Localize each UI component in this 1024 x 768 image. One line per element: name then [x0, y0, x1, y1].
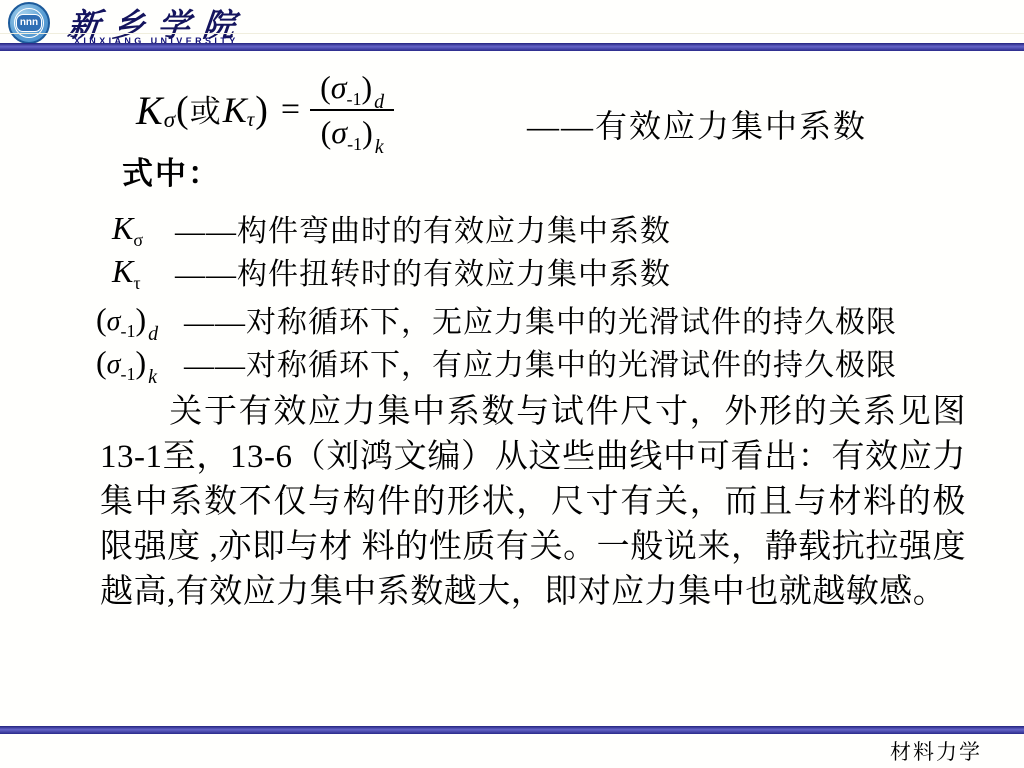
formula-K-subscript: σ — [164, 107, 175, 133]
def-main-symbol: K — [112, 253, 133, 289]
definition-symbol: Kτ — [112, 253, 175, 290]
def-inner-subscript: -1 — [120, 364, 135, 384]
def-main-symbol: σ — [107, 306, 121, 337]
definition-row: (σ-1)k ——对称循环下，有应力集中的光滑试件的持久极限 — [96, 340, 897, 384]
definition-symbol: (σ-1)d — [96, 301, 184, 338]
footer-divider-bar — [0, 726, 1024, 734]
formula-fraction: (σ-1)d (σ-1)k — [310, 69, 394, 151]
seal-core-glyph: nnn — [16, 14, 42, 32]
where-label: 式中： — [122, 148, 221, 193]
definition-text: ——对称循环下，无应力集中的光滑试件的持久极限 — [184, 297, 897, 341]
numerator-outer-subscript: d — [374, 91, 384, 113]
def-inner-subscript: τ — [133, 273, 140, 293]
def-open-paren: ( — [96, 301, 107, 337]
definition-text: ——对称循环下，有应力集中的光滑试件的持久极限 — [184, 340, 897, 384]
def-main-symbol: σ — [107, 349, 121, 380]
def-outer-subscript: k — [148, 366, 157, 388]
numerator-sigma: σ — [331, 69, 347, 105]
def-inner-subscript: σ — [133, 230, 143, 250]
def-open-paren: ( — [96, 344, 107, 380]
fraction-numerator: (σ-1)d — [310, 69, 394, 111]
definition-row: (σ-1)d ——对称循环下，无应力集中的光滑试件的持久极限 — [96, 297, 897, 341]
denominator-close-paren: ) — [362, 114, 373, 150]
formula-equals-sign: = — [281, 91, 300, 129]
numerator-inner-subscript: -1 — [347, 89, 362, 109]
definition-text: ——构件扭转时的有效应力集中系数 — [175, 249, 671, 293]
fraction-denominator: (σ-1)k — [311, 111, 394, 151]
formula-open-paren: ( — [176, 88, 189, 132]
denominator-open-paren: ( — [321, 114, 332, 150]
body-paragraph: 关于有效应力集中系数与试件尺寸，外形的关系见图13-1至，13-6（刘鸿文编）从… — [100, 390, 966, 615]
formula-or-word: 或 — [190, 86, 221, 131]
main-formula: Kσ(或Kτ)= (σ-1)d (σ-1)k — [136, 58, 394, 162]
slide: nnn 新乡学院 XINXIANG UNIVERSITY Kσ(或Kτ)= (σ… — [0, 0, 1024, 768]
def-inner-subscript: -1 — [120, 321, 135, 341]
definition-symbol: (σ-1)k — [96, 344, 184, 381]
formula-description: ——有效应力集中系数 — [527, 101, 867, 147]
numerator-close-paren: ) — [362, 69, 373, 105]
definition-text: ——构件弯曲时的有效应力集中系数 — [175, 206, 671, 250]
formula-K: K — [136, 87, 163, 134]
denominator-inner-subscript: -1 — [347, 134, 362, 154]
def-close-paren: ) — [135, 344, 146, 380]
definition-row: Kσ ——构件弯曲时的有效应力集中系数 — [112, 206, 671, 250]
header-divider-bar — [0, 43, 1024, 51]
course-title: 材料力学 — [890, 736, 982, 766]
university-seal-icon: nnn — [8, 2, 50, 44]
numerator-open-paren: ( — [320, 69, 331, 105]
formula-close-paren: ) — [255, 88, 268, 132]
denominator-sigma: σ — [331, 114, 347, 150]
header-hairline — [0, 33, 1024, 34]
definition-symbol: Kσ — [112, 210, 175, 247]
def-close-paren: ) — [135, 301, 146, 337]
definition-row: Kτ ——构件扭转时的有效应力集中系数 — [112, 249, 671, 293]
denominator-outer-subscript: k — [375, 136, 384, 158]
formula-K-alt-subscript: τ — [247, 107, 255, 132]
formula-K-alt: K — [223, 89, 247, 131]
def-main-symbol: K — [112, 210, 133, 246]
